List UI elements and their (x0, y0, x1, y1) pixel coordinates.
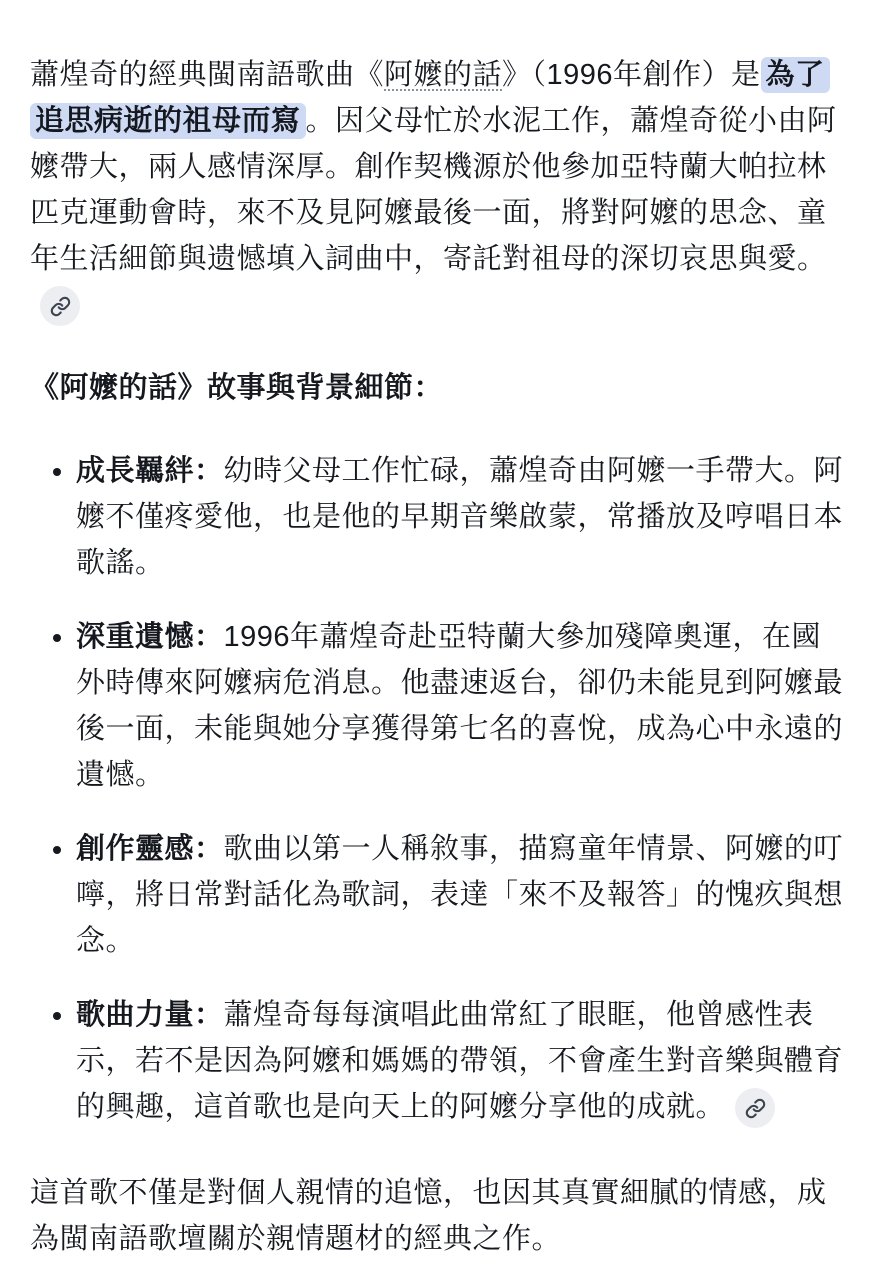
list-item-growth-bond: 成長羈絆：幼時父母工作忙碌，蕭煌奇由阿嬤一手帶大。阿嬤不僅疼愛他，也是他的早期音… (76, 448, 845, 586)
answer-content: 蕭煌奇的經典閩南語歌曲《阿嬤的話》（1996年創作）是為了追思病逝的祖母而寫。因… (0, 0, 871, 1262)
link-icon (745, 1098, 766, 1119)
intro-text-1: 蕭煌奇的經典閩南語歌曲《 (30, 59, 384, 91)
list-item-label: 創作靈感： (76, 833, 224, 865)
list-item-deep-regret: 深重遺憾：1996年蕭煌奇赴亞特蘭大參加殘障奧運，在國外時傳來阿嬤病危消息。他盡… (76, 614, 845, 798)
list-item-label: 深重遺憾： (76, 621, 224, 653)
closing-paragraph: 這首歌不僅是對個人親情的追憶，也因其真實細膩的情感，成為閩南語歌壇關於親情題材的… (30, 1170, 845, 1262)
citation-link-button[interactable] (40, 286, 80, 326)
list-item-creative-inspiration: 創作靈感：歌曲以第一人稱敘事，描寫童年情景、阿嬤的叮嚀，將日常對話化為歌詞，表達… (76, 826, 845, 964)
song-title-link[interactable]: 阿嬤的話 (384, 59, 502, 91)
intro-text-2: 》（1996年創作）是 (502, 59, 761, 91)
list-item-label: 成長羈絆： (76, 455, 224, 487)
link-icon (50, 296, 71, 317)
details-list: 成長羈絆：幼時父母工作忙碌，蕭煌奇由阿嬤一手帶大。阿嬤不僅疼愛他，也是他的早期音… (30, 448, 845, 1130)
list-item-song-power: 歌曲力量：蕭煌奇每每演唱此曲常紅了眼眶，他曾感性表示，若不是因為阿嬤和媽媽的帶領… (76, 992, 845, 1130)
intro-paragraph: 蕭煌奇的經典閩南語歌曲《阿嬤的話》（1996年創作）是為了追思病逝的祖母而寫。因… (30, 52, 845, 328)
list-item-label: 歌曲力量： (76, 999, 224, 1031)
citation-link-button[interactable] (735, 1088, 775, 1128)
section-heading: 《阿嬤的話》故事與背景細節： (30, 365, 845, 411)
